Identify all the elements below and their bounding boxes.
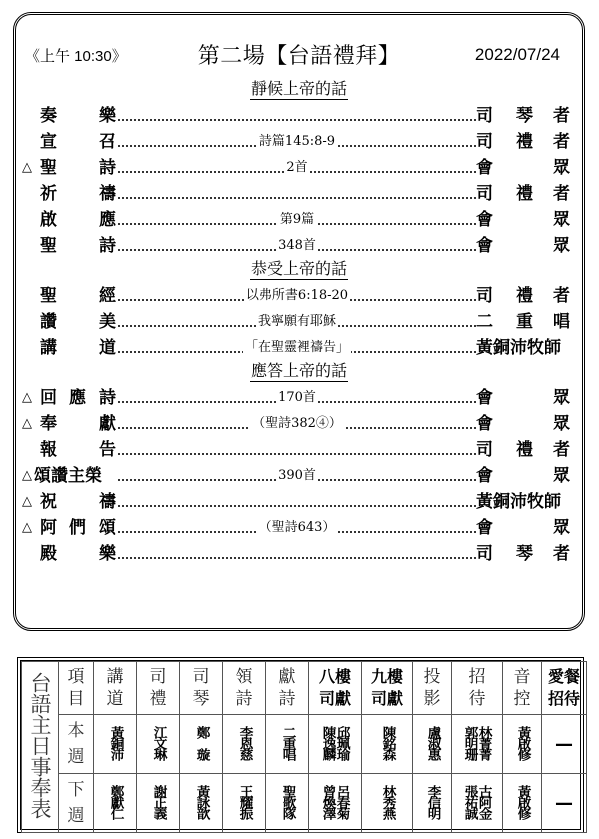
roster-cell: 黃銅沛	[94, 715, 137, 774]
service-item-detail: 348首	[118, 233, 476, 259]
service-item-detail: 我寧願有耶穌	[118, 309, 476, 335]
roster-column-header: 講道	[94, 662, 137, 715]
order-of-service-box: 《上午 10:30》 第二場【台語禮拜】 2022/07/24 靜候上帝的話奏樂…	[13, 12, 585, 631]
section-heading: 靜候上帝的話	[16, 79, 582, 101]
service-item-name: △奉獻	[22, 411, 120, 437]
roster-cell: 陳逸麟邱珮瑜	[309, 715, 362, 774]
service-item-name: 報告	[22, 437, 120, 463]
roster-column-header: 八樓司獻	[309, 662, 362, 715]
service-item-name: 聖經	[22, 283, 120, 309]
roster-name: 曾煥澤	[320, 785, 335, 818]
roster-name: 聖歌隊	[280, 785, 295, 818]
service-item-person: 司禮者	[476, 129, 570, 155]
service-item: △頌讚主榮390首會眾	[16, 463, 582, 489]
service-item-person: 會眾	[476, 207, 570, 233]
service-item-name: 奏樂	[22, 103, 120, 129]
service-item-detail: 390首	[118, 463, 476, 489]
section-heading: 應答上帝的話	[16, 361, 582, 383]
service-item-name: △阿們頌	[22, 515, 120, 541]
service-item: △回應詩170首會眾	[16, 385, 582, 411]
service-item-name: △聖詩	[22, 155, 120, 181]
duty-roster-table: 台語主日事奉表 項目 講道司禮司琴領詩獻詩八樓司獻九樓司獻投影招待音控愛餐招待 …	[21, 661, 587, 833]
service-item: 宣召詩篇145:8-9司禮者	[16, 129, 582, 155]
roster-column-header: 招待	[452, 662, 503, 715]
roster-column-header: 司琴	[180, 662, 223, 715]
service-item-name: 聖詩	[22, 233, 120, 259]
roster-cell: 李恩慈	[223, 715, 266, 774]
duty-roster: 台語主日事奉表 項目 講道司禮司琴領詩獻詩八樓司獻九樓司獻投影招待音控愛餐招待 …	[17, 657, 584, 833]
service-item: 殿樂司琴者	[16, 541, 582, 567]
roster-name: 陳逸麟	[320, 726, 335, 759]
roster-name: 陳銘森	[380, 726, 395, 759]
roster-name: 林菁菁	[476, 726, 491, 759]
service-item-detail: 2首	[118, 155, 476, 181]
roster-cell: 林秀燕	[362, 774, 413, 833]
service-item-person: 會眾	[476, 385, 570, 411]
roster-cell: 二重唱	[266, 715, 309, 774]
roster-cell: 黃詠歆	[180, 774, 223, 833]
roster-name: 盧淑惠	[425, 726, 440, 759]
roster-cell: 鄭 璇	[180, 715, 223, 774]
service-item-person: 會眾	[476, 411, 570, 437]
section-heading-text: 恭受上帝的話	[250, 259, 348, 280]
roster-name: 江文琳	[151, 726, 166, 759]
service-item-name: △祝禱	[22, 489, 120, 515]
service-item-name: 祈禱	[22, 181, 120, 207]
dotted-leader	[118, 117, 476, 121]
section-heading: 恭受上帝的話	[16, 259, 582, 281]
dotted-leader	[118, 195, 476, 199]
service-item: △聖詩2首會眾	[16, 155, 582, 181]
dotted-leader	[118, 503, 476, 507]
service-item: 講道「在聖靈裡禱告」黃銅沛牧師	[16, 335, 582, 361]
service-item: △阿們頌（聖詩643）會眾	[16, 515, 582, 541]
service-item: 聖經以弗所書6:18-20司禮者	[16, 283, 582, 309]
service-item-detail: 以弗所書6:18-20	[118, 283, 476, 309]
service-item: △祝禱黃銅沛牧師	[16, 489, 582, 515]
congregation-stand-mark: △	[22, 489, 32, 515]
service-item-person: 二重唱	[476, 309, 570, 335]
service-item-name: 宣召	[22, 129, 120, 155]
service-item-name: 讚美	[22, 309, 120, 335]
roster-cell: 王耀振	[223, 774, 266, 833]
service-item-person: 司禮者	[476, 181, 570, 207]
service-item-person: 會眾	[476, 155, 570, 181]
roster-cell: 黃啟修	[503, 774, 542, 833]
roster-name: 邱珮瑜	[334, 726, 349, 759]
roster-column-header: 獻詩	[266, 662, 309, 715]
service-item: 讚美我寧願有耶穌二重唱	[16, 309, 582, 335]
congregation-stand-mark: △	[22, 155, 32, 181]
roster-name: 黃銅沛	[108, 726, 123, 759]
service-item-name: 講道	[22, 335, 120, 361]
roster-title: 台語主日事奉表	[22, 662, 59, 833]
roster-name: 李信明	[425, 785, 440, 818]
congregation-stand-mark: △	[22, 385, 32, 411]
service-item: 啟應第9篇會眾	[16, 207, 582, 233]
roster-column-header: 領詩	[223, 662, 266, 715]
roster-name: —	[555, 734, 573, 755]
roster-name: 二重唱	[280, 726, 295, 759]
roster-cell: 謝正義	[137, 774, 180, 833]
section-heading-text: 靜候上帝的話	[250, 79, 348, 100]
roster-cell: 盧淑惠	[413, 715, 452, 774]
roster-name: 黃啟修	[515, 726, 530, 759]
roster-row-this-week: 本週 黃銅沛江文琳鄭 璇李恩慈二重唱陳逸麟邱珮瑜陳銘森盧淑惠郭明珊林菁菁黃啟修—	[22, 715, 587, 774]
roster-cell: 曾煥澤呂春菊	[309, 774, 362, 833]
service-item-person: 司琴者	[476, 541, 570, 567]
service-date: 2022/07/24	[475, 45, 560, 65]
service-item-person: 司禮者	[476, 283, 570, 309]
roster-cell: 江文琳	[137, 715, 180, 774]
roster-name: 呂春菊	[334, 785, 349, 818]
service-item-person: 會眾	[476, 515, 570, 541]
roster-cell: 鄭獻仁	[94, 774, 137, 833]
congregation-stand-mark: △	[22, 515, 32, 541]
congregation-stand-mark: △	[22, 463, 32, 489]
service-item-detail: 170首	[118, 385, 476, 411]
roster-name: 黃詠歆	[194, 785, 209, 818]
roster-name: 謝正義	[151, 785, 166, 818]
roster-name: 張祐誠	[462, 785, 477, 818]
roster-name: 鄭 璇	[194, 726, 209, 759]
service-item-detail: （聖詩643）	[118, 515, 476, 541]
section-heading-text: 應答上帝的話	[250, 361, 348, 382]
roster-header-row: 台語主日事奉表 項目 講道司禮司琴領詩獻詩八樓司獻九樓司獻投影招待音控愛餐招待	[22, 662, 587, 715]
service-header: 《上午 10:30》 第二場【台語禮拜】 2022/07/24	[16, 43, 582, 73]
service-item-name: △頌讚主榮	[22, 463, 120, 489]
service-item: △奉獻（聖詩382④）會眾	[16, 411, 582, 437]
roster-column-header: 司禮	[137, 662, 180, 715]
roster-name: 郭明珊	[462, 726, 477, 759]
roster-column-header: 音控	[503, 662, 542, 715]
service-item-person: 會眾	[476, 233, 570, 259]
service-item-person: 黃銅沛牧師	[476, 335, 570, 361]
roster-name: 李恩慈	[237, 726, 252, 759]
roster-column-header: 九樓司獻	[362, 662, 413, 715]
service-item: 報告司禮者	[16, 437, 582, 463]
service-item: 聖詩348首會眾	[16, 233, 582, 259]
roster-name: 王耀振	[237, 785, 252, 818]
roster-cell: 郭明珊林菁菁	[452, 715, 503, 774]
service-item-name: △回應詩	[22, 385, 120, 411]
congregation-stand-mark: △	[22, 411, 32, 437]
roster-cell: —	[542, 715, 587, 774]
roster-cell: 黃啟修	[503, 715, 542, 774]
roster-cell: 張祐誠古阿金	[452, 774, 503, 833]
roster-column-header: 投影	[413, 662, 452, 715]
roster-name: 鄭獻仁	[108, 785, 123, 818]
service-item-person: 司琴者	[476, 103, 570, 129]
service-item-detail: 第9篇	[118, 207, 476, 233]
service-item-detail: 詩篇145:8-9	[118, 129, 476, 155]
service-item-name: 啟應	[22, 207, 120, 233]
roster-row-header: 項目	[59, 662, 94, 715]
service-item-name: 殿樂	[22, 541, 120, 567]
row-label-next-week: 下週	[59, 774, 94, 833]
dotted-leader	[118, 451, 476, 455]
roster-name: 黃啟修	[515, 785, 530, 818]
roster-cell: 聖歌隊	[266, 774, 309, 833]
roster-cell: 李信明	[413, 774, 452, 833]
service-item-person: 會眾	[476, 463, 570, 489]
roster-row-next-week: 下週 鄭獻仁謝正義黃詠歆王耀振聖歌隊曾煥澤呂春菊林秀燕李信明張祐誠古阿金黃啟修—	[22, 774, 587, 833]
roster-name: 林秀燕	[380, 785, 395, 818]
service-item: 祈禱司禮者	[16, 181, 582, 207]
service-item-person: 黃銅沛牧師	[476, 489, 570, 515]
roster-name: —	[555, 793, 573, 814]
dotted-leader	[118, 555, 476, 559]
roster-name: 古阿金	[476, 785, 491, 818]
service-item: 奏樂司琴者	[16, 103, 582, 129]
service-item-person: 司禮者	[476, 437, 570, 463]
service-item-detail: 「在聖靈裡禱告」	[118, 335, 476, 361]
roster-cell: —	[542, 774, 587, 833]
roster-cell: 陳銘森	[362, 715, 413, 774]
row-label-this-week: 本週	[59, 715, 94, 774]
service-item-detail: （聖詩382④）	[118, 411, 476, 437]
roster-column-header: 愛餐招待	[542, 662, 587, 715]
